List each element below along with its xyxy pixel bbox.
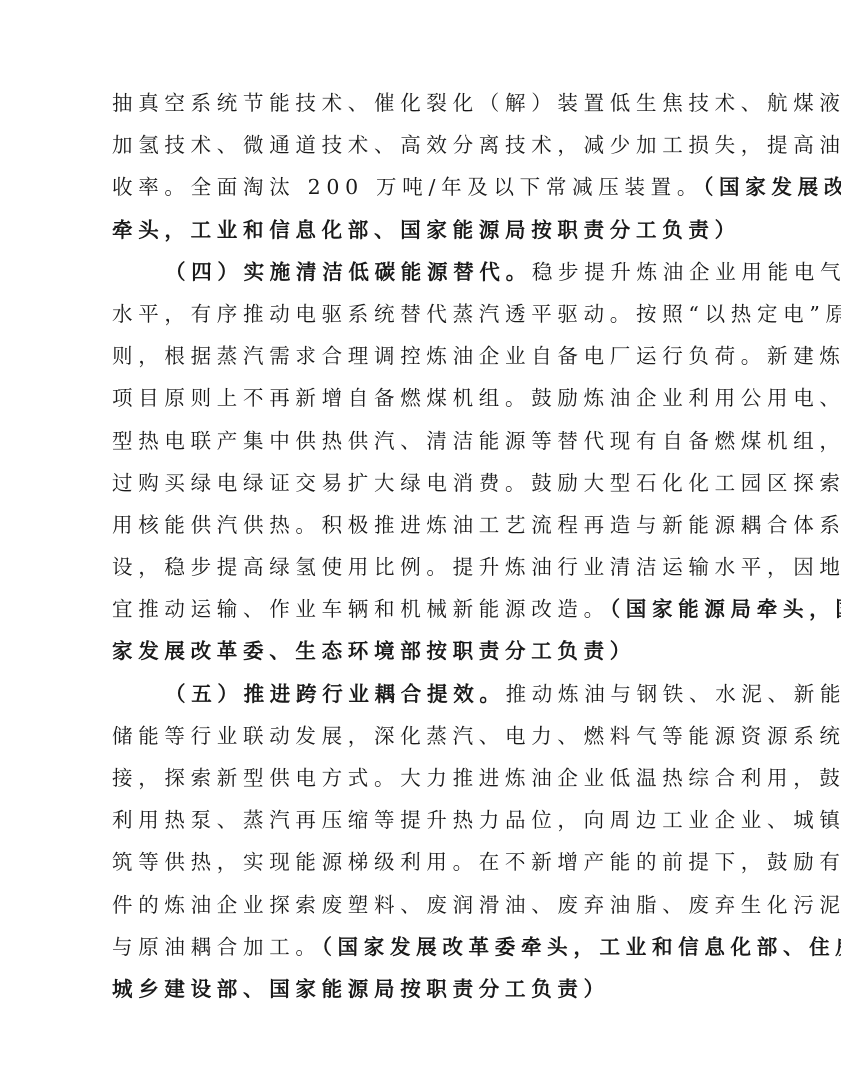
bold-text-segment: 城乡建设部、国家能源局按职责分工负责） <box>112 977 610 1001</box>
text-line: 收率。全面淘汰 200 万吨/年及以下常减压装置。（国家发展改革委 <box>112 166 732 208</box>
text-line: 利用热泵、蒸汽再压缩等提升热力品位，向周边工业企业、城镇建 <box>112 799 732 841</box>
text-line: 则，根据蒸汽需求合理调控炼油企业自备电厂运行负荷。新建炼油 <box>112 335 732 377</box>
text-segment: 宜推动运输、作业车辆和机械新能源改造。 <box>112 597 610 621</box>
text-segment: 储能等行业联动发展，深化蒸汽、电力、燃料气等能源资源系统链 <box>112 724 841 748</box>
text-segment: 利用热泵、蒸汽再压缩等提升热力品位，向周边工业企业、城镇建 <box>112 808 841 832</box>
bold-text-segment: （国家发展改革委牵头，工业和信息化部、住房 <box>322 935 841 959</box>
text-line: 加氢技术、微通道技术、高效分离技术，减少加工损失，提高油品 <box>112 124 732 166</box>
text-line: 接，探索新型供电方式。大力推进炼油企业低温热综合利用，鼓励 <box>112 757 732 799</box>
text-line: 城乡建设部、国家能源局按职责分工负责） <box>112 968 732 1010</box>
text-segment: 稳步提升炼油企业用能电气化 <box>532 260 841 284</box>
text-segment: 则，根据蒸汽需求合理调控炼油企业自备电厂运行负荷。新建炼油 <box>112 344 841 368</box>
text-segment: 加氢技术、微通道技术、高效分离技术，减少加工损失，提高油品 <box>112 133 841 157</box>
bold-text-segment: （四）实施清洁低碳能源替代。 <box>165 260 532 284</box>
text-segment: 推动炼油与钢铁、水泥、新能源、 <box>506 682 841 706</box>
text-line: 抽真空系统节能技术、催化裂化（解）装置低生焦技术、航煤液相 <box>112 82 732 124</box>
text-segment: 过购买绿电绿证交易扩大绿电消费。鼓励大型石化化工园区探索利 <box>112 471 841 495</box>
paragraph-p3-continued: 抽真空系统节能技术、催化裂化（解）装置低生焦技术、航煤液相加氢技术、微通道技术、… <box>112 82 732 251</box>
bold-text-segment: 牵头，工业和信息化部、国家能源局按职责分工负责） <box>112 218 741 242</box>
text-line: 牵头，工业和信息化部、国家能源局按职责分工负责） <box>112 209 732 251</box>
bold-text-segment: 家发展改革委、生态环境部按职责分工负责） <box>112 639 636 663</box>
paragraph-p4: （四）实施清洁低碳能源替代。稳步提升炼油企业用能电气化水平，有序推动电驱系统替代… <box>112 251 732 673</box>
text-segment: 抽真空系统节能技术、催化裂化（解）装置低生焦技术、航煤液相 <box>112 91 841 115</box>
bold-text-segment: （国家能源局牵头，国 <box>610 597 841 621</box>
text-line: 设，稳步提高绿氢使用比例。提升炼油行业清洁运输水平，因地制 <box>112 546 732 588</box>
text-line: 宜推动运输、作业车辆和机械新能源改造。（国家能源局牵头，国 <box>112 588 732 630</box>
text-segment: 接，探索新型供电方式。大力推进炼油企业低温热综合利用，鼓励 <box>112 766 841 790</box>
document-page: 抽真空系统节能技术、催化裂化（解）装置低生焦技术、航煤液相加氢技术、微通道技术、… <box>112 82 732 1010</box>
text-line: 过购买绿电绿证交易扩大绿电消费。鼓励大型石化化工园区探索利 <box>112 462 732 504</box>
text-line: 与原油耦合加工。（国家发展改革委牵头，工业和信息化部、住房 <box>112 926 732 968</box>
text-segment: 件的炼油企业探索废塑料、废润滑油、废弃油脂、废弃生化污泥等 <box>112 893 841 917</box>
text-line: 用核能供汽供热。积极推进炼油工艺流程再造与新能源耦合体系建 <box>112 504 732 546</box>
text-line: 件的炼油企业探索废塑料、废润滑油、废弃油脂、废弃生化污泥等 <box>112 884 732 926</box>
text-line: 储能等行业联动发展，深化蒸汽、电力、燃料气等能源资源系统链 <box>112 715 732 757</box>
text-line: 型热电联产集中供热供汽、清洁能源等替代现有自备燃煤机组，通 <box>112 420 732 462</box>
text-line: （五）推进跨行业耦合提效。推动炼油与钢铁、水泥、新能源、 <box>112 673 732 715</box>
text-line: 家发展改革委、生态环境部按职责分工负责） <box>112 630 732 672</box>
text-segment: 项目原则上不再新增自备燃煤机组。鼓励炼油企业利用公用电、大 <box>112 386 841 410</box>
text-segment: 与原油耦合加工。 <box>112 935 322 959</box>
text-line: 项目原则上不再新增自备燃煤机组。鼓励炼油企业利用公用电、大 <box>112 377 732 419</box>
text-segment: 型热电联产集中供热供汽、清洁能源等替代现有自备燃煤机组，通 <box>112 429 841 453</box>
bold-text-segment: （国家发展改革委 <box>703 175 841 199</box>
text-segment: 收率。全面淘汰 200 万吨/年及以下常减压装置。 <box>112 175 703 199</box>
text-line: 筑等供热，实现能源梯级利用。在不新增产能的前提下，鼓励有条 <box>112 841 732 883</box>
text-line: 水平，有序推动电驱系统替代蒸汽透平驱动。按照“以热定电”原 <box>112 293 732 335</box>
text-segment: 水平，有序推动电驱系统替代蒸汽透平驱动。按照“以热定电”原 <box>112 302 841 326</box>
text-segment: 筑等供热，实现能源梯级利用。在不新增产能的前提下，鼓励有条 <box>112 850 841 874</box>
text-segment: 设，稳步提高绿氢使用比例。提升炼油行业清洁运输水平，因地制 <box>112 555 841 579</box>
text-line: （四）实施清洁低碳能源替代。稳步提升炼油企业用能电气化 <box>112 251 732 293</box>
text-segment: 用核能供汽供热。积极推进炼油工艺流程再造与新能源耦合体系建 <box>112 513 841 537</box>
bold-text-segment: （五）推进跨行业耦合提效。 <box>165 682 506 706</box>
paragraph-p5: （五）推进跨行业耦合提效。推动炼油与钢铁、水泥、新能源、储能等行业联动发展，深化… <box>112 673 732 1011</box>
